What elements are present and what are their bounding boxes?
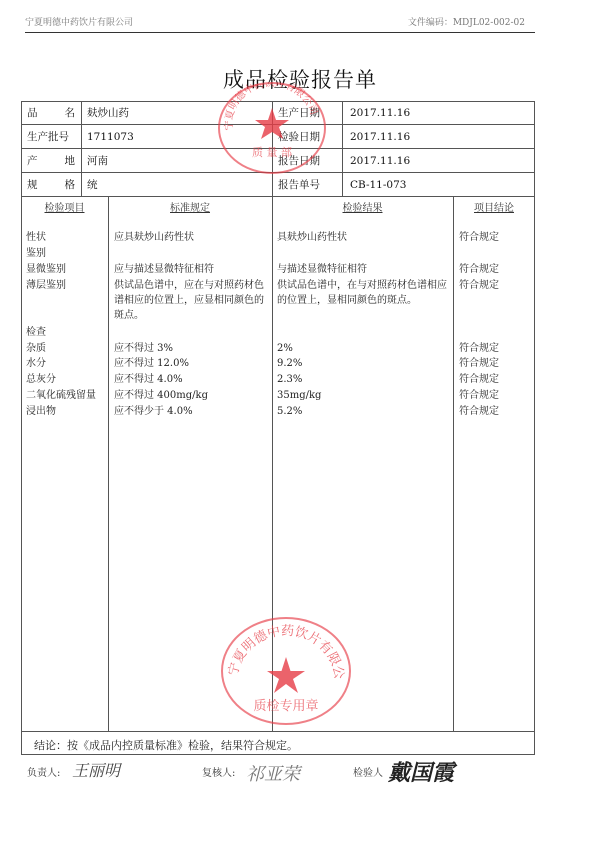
row-result: 35mg/kg [277, 388, 449, 403]
value-spec: 统 [87, 173, 98, 197]
row-item: 水分 [26, 356, 46, 371]
row-standard: 应与描述显微特征相符 [114, 262, 268, 277]
row-conclusion: 符合规定 [459, 230, 499, 245]
reviewer-signature: 祁亚荣 [246, 760, 300, 786]
row-item: 杂质 [26, 341, 46, 356]
inspector-label: 检验人 [353, 764, 383, 779]
row-standard: 应不得过 400mg/kg [114, 388, 268, 403]
value-report-date: 2017.11.16 [350, 149, 410, 173]
column-header-conclusion: 项目结论 [453, 199, 535, 214]
page-header: 宁夏明德中药饮片有限公司 文件编码：MDJL02-002-02 [25, 14, 535, 33]
value-product-name: 麸炒山药 [87, 101, 129, 125]
column-header-item: 检验项目 [21, 199, 108, 214]
svg-text:质 量 部: 质 量 部 [252, 145, 292, 159]
quality-dept-stamp: 宁夏明德中药饮片有限公司 质 量 部 [218, 82, 326, 174]
row-item: 显微鉴别 [26, 262, 66, 277]
row-standard: 供试品色谱中，应在与对照药材色谱相应的位置上，应显相同颜色的斑点。 [114, 278, 268, 323]
divider [21, 731, 535, 732]
row-standard: 应具麸炒山药性状 [114, 230, 268, 245]
row-conclusion: 符合规定 [459, 372, 499, 387]
row-item: 浸出物 [26, 404, 56, 419]
row-item: 检查 [26, 325, 46, 340]
label-product-name: 品名 [27, 101, 75, 125]
row-result: 9.2% [277, 356, 449, 371]
divider [108, 196, 109, 731]
column-header-result: 检验结果 [272, 199, 453, 214]
value-report-number: CB-11-073 [350, 173, 406, 197]
responsible-label: 负责人: [27, 764, 60, 779]
row-item: 总灰分 [26, 372, 56, 387]
row-conclusion: 符合规定 [459, 388, 499, 403]
row-conclusion: 符合规定 [459, 404, 499, 419]
row-item: 二氧化硫残留量 [26, 388, 96, 403]
value-production-date: 2017.11.16 [350, 101, 410, 125]
row-result: 5.2% [277, 404, 449, 419]
responsible-signature: 王丽明 [72, 758, 120, 781]
divider [453, 196, 454, 731]
row-item: 薄层鉴别 [26, 278, 66, 293]
label-report-number: 报告单号 [278, 173, 320, 197]
divider [81, 101, 82, 196]
row-standard: 应不得过 12.0% [114, 356, 268, 371]
star-icon: 宁夏明德中药饮片有限公司 质检专用章 [223, 619, 349, 723]
value-batch-number: 1711073 [87, 125, 134, 149]
row-result: 具麸炒山药性状 [277, 230, 449, 245]
row-result: 供试品色谱中，在与对照药材色谱相应的位置上，显相同颜色的斑点。 [277, 278, 449, 308]
value-inspection-date: 2017.11.16 [350, 125, 410, 149]
inspector-signature: 戴国霞 [388, 756, 454, 787]
row-conclusion: 符合规定 [459, 356, 499, 371]
row-result: 2% [277, 341, 449, 356]
label-origin: 产地 [27, 149, 75, 173]
star-icon: 宁夏明德中药饮片有限公司 质 量 部 [220, 84, 324, 172]
row-conclusion: 符合规定 [459, 341, 499, 356]
value-origin: 河南 [87, 149, 108, 173]
divider [342, 101, 343, 196]
column-header-standard: 标准规定 [108, 199, 272, 214]
row-standard: 应不得少于 4.0% [114, 404, 268, 419]
company-name: 宁夏明德中药饮片有限公司 [25, 15, 133, 28]
row-standard: 应不得过 3% [114, 341, 268, 356]
row-conclusion: 符合规定 [459, 262, 499, 277]
svg-text:质检专用章: 质检专用章 [253, 698, 318, 714]
label-batch-number: 生产批号 [27, 125, 69, 149]
row-result: 2.3% [277, 372, 449, 387]
document-code: 文件编码：MDJL02-002-02 [408, 15, 525, 28]
label-spec: 规格 [27, 173, 75, 197]
reviewer-label: 复核人: [202, 764, 235, 779]
row-standard: 应不得过 4.0% [114, 372, 268, 387]
row-item: 鉴别 [26, 246, 46, 261]
row-conclusion: 符合规定 [459, 278, 499, 293]
quality-inspection-stamp: 宁夏明德中药饮片有限公司 质检专用章 [221, 617, 351, 725]
row-result: 与描述显微特征相符 [277, 262, 449, 277]
row-item: 性状 [26, 230, 46, 245]
conclusion-text: 结论：按《成品内控质量标准》检验，结果符合规定。 [34, 737, 298, 753]
